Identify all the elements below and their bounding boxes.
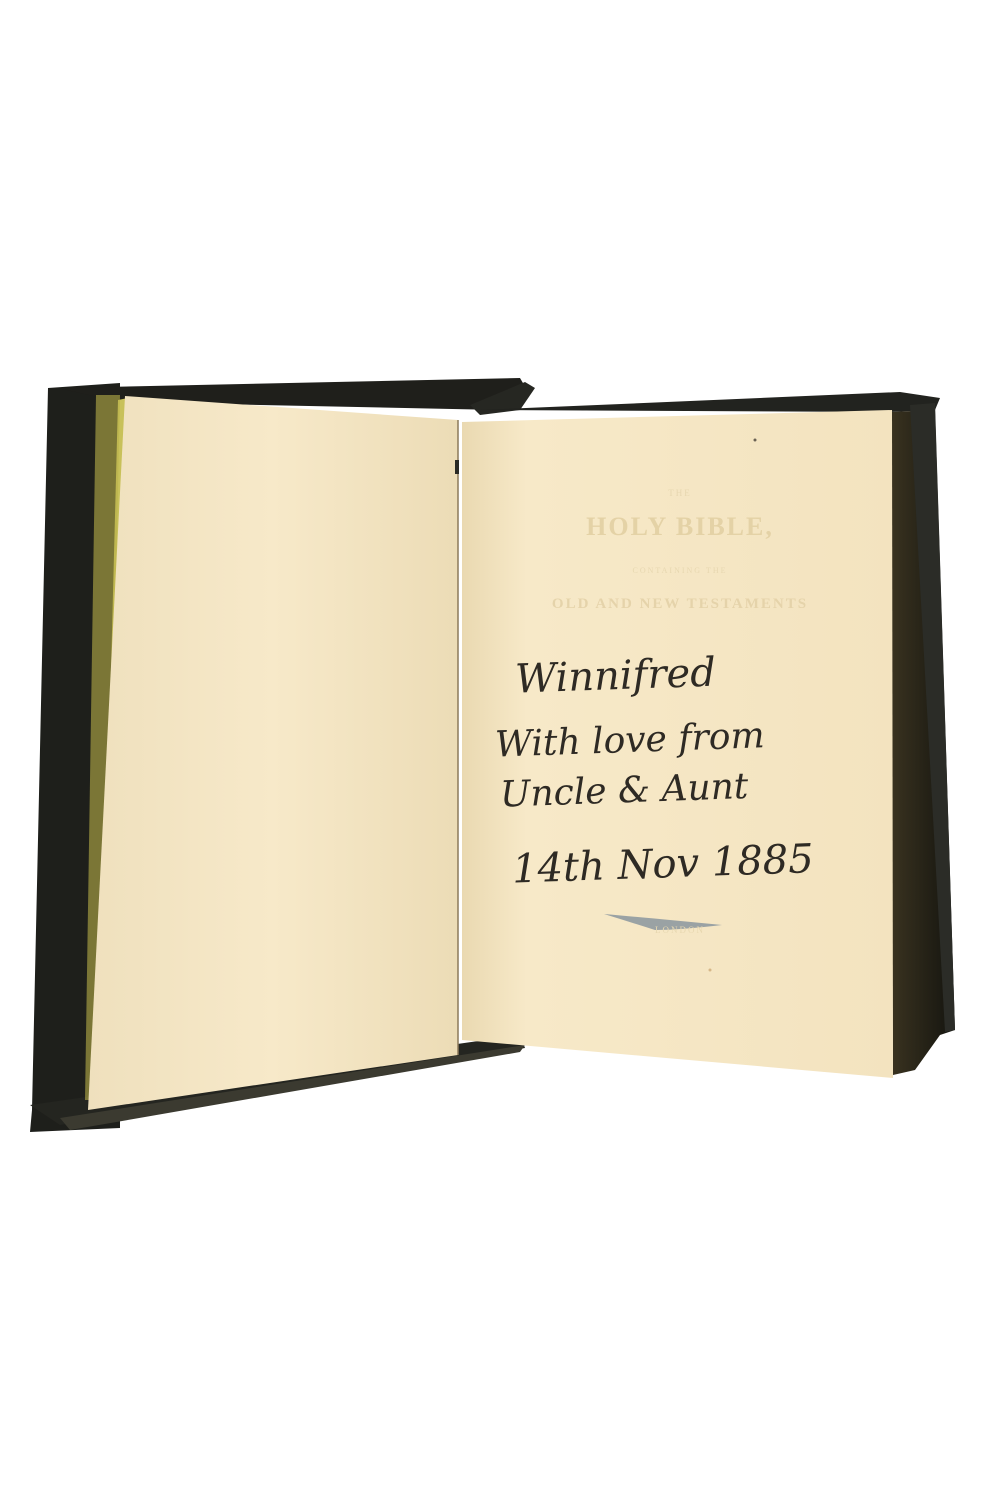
left-page — [88, 396, 458, 1110]
printed-testaments: OLD AND NEW TESTAMENTS — [465, 596, 895, 613]
printed-title: HOLY BIBLE, — [465, 512, 895, 542]
printed-imprint: LONDON — [465, 925, 895, 935]
printed-containing: CONTAINING THE — [465, 566, 895, 575]
photo-scene: THE HOLY BIBLE, CONTAINING THE OLD AND N… — [0, 0, 1000, 1500]
printed-the: THE — [465, 488, 895, 498]
